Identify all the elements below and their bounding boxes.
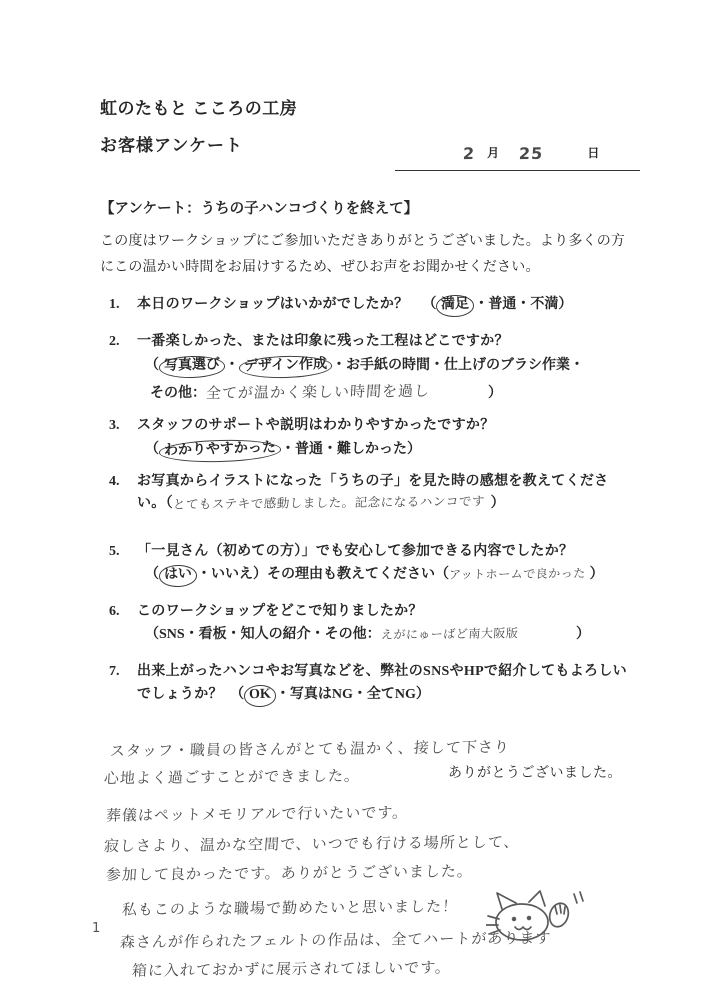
question-4-number: 4. [109, 473, 137, 491]
question-6-handwritten-answer: えがにゅーばど南大阪版 [380, 626, 518, 642]
question-3-circled-answer: わかりやすかった [159, 438, 282, 463]
comment-line-4: 寂しさより、温かな空間で、いつでも行ける場所として、 [103, 833, 520, 856]
question-4-text-line2-prefix: い。（ [137, 496, 173, 511]
question-7-options-row: でしょうか？ （OK・写真はNG・全てNG） [137, 686, 430, 705]
question-7: 7.出来上がったハンコやお写真などを、弊社のSNSやHPで紹介してもよろしい [109, 663, 627, 681]
question-6-options-row: （SNS・看板・知人の紹介・その他：えがにゅーばど南大阪版） [145, 626, 590, 644]
intro-line-2: にこの温かい時間をお届けするため、ぜひお声をお聞かせください。 [100, 259, 540, 277]
date-month-label: 月 [487, 144, 499, 161]
question-2-handwritten-answer: 全てが温かく楽しい時間を過し [205, 382, 430, 403]
date-day-label: 日 [587, 144, 599, 161]
question-7-options: ・写真はNG・全てNG） [276, 687, 430, 702]
question-6-number: 6. [109, 603, 137, 621]
comment-line-3: 葬儀はペットメモリアルで行いたいです。 [105, 803, 408, 825]
question-1-number: 1. [109, 296, 137, 314]
question-5-circled-answer: はい [159, 565, 198, 587]
question-7-number: 7. [109, 663, 137, 681]
question-3-options-row: （わかりやすかった・普通・難しかった） [145, 441, 421, 460]
question-2-number: 2. [109, 333, 137, 351]
question-6-close-paren: ） [576, 627, 590, 642]
comment-line-8: 箱に入れておかずに展示されてほしいです。 [131, 958, 451, 980]
form-title: お客様アンケート [100, 135, 243, 156]
question-5-number: 5. [109, 543, 137, 561]
question-3-text: スタッフのサポートや説明はわかりやすかったですか？ [137, 418, 495, 433]
question-3-open-paren: （ [145, 442, 159, 457]
question-6-options-prefix: （SNS・看板・知人の紹介・その他： [145, 627, 381, 642]
comment-line-1: スタッフ・職員の皆さんがとても温かく、接して下さり [109, 738, 510, 761]
question-7-text-line2-prefix: でしょうか？ [137, 687, 237, 702]
section-title: 【アンケート：うちの子ハンコづくりを終えて】 [100, 200, 418, 218]
cat-doodle-icon [486, 886, 588, 950]
page-number: 1 [92, 921, 100, 937]
question-7-text-line1: 出来上がったハンコやお写真などを、弊社のSNSやHPで紹介してもよろしい [137, 664, 627, 679]
question-1-circled-answer: 満足 [436, 295, 475, 317]
question-1: 1.本日のワークショップはいかがでしたか？（満足・普通・不満） [109, 296, 572, 315]
question-2-circled-answer-1: 写真選び [159, 355, 226, 378]
question-2-options: ・お手紙の時間・仕上げのブラシ作業・ [332, 358, 584, 373]
question-4-close-paren: ） [491, 496, 505, 511]
question-6: 6.このワークショップをどこで知りましたか？ [109, 603, 423, 621]
brand-title: 虹のたもと こころの工房 [100, 98, 297, 119]
question-4: 4.お写真からイラストになった「うちの子」を見た時の感想を教えてくださ [109, 473, 608, 491]
date-day-value: 25 [519, 144, 544, 163]
question-2: 2.一番楽しかった、または印象に残った工程はどこですか？ [109, 333, 509, 351]
question-5-open-paren: （ [145, 567, 159, 582]
question-3: 3.スタッフのサポートや説明はわかりやすかったですか？ [109, 417, 495, 435]
question-4-answer-row: い。（とてもステキで感動しました。記念になるハンコです） [137, 495, 505, 513]
question-5-options-row: （はい・いいえ）その理由も教えてください（アットホームで良かった） [145, 566, 604, 585]
intro-line-1: この度はワークショップにご参加いただきありがとうございました。より多くの方 [100, 233, 625, 251]
date-month-value: 2 [462, 144, 475, 163]
question-5-options: ・いいえ）その理由も教えてください（ [197, 567, 449, 582]
question-2-close-paren: ） [488, 386, 502, 401]
question-3-number: 3. [109, 417, 137, 435]
question-5-text: 「一見さん（初めての方）」でも安心して参加できる内容でしたか？ [137, 544, 573, 559]
date-field: 2 月 25 日 [395, 144, 640, 171]
question-7-circled-answer: OK [244, 685, 276, 707]
question-2-options-row: （写真選び・デザイン作成・お手紙の時間・仕上げのブラシ作業・ [145, 357, 584, 376]
question-5: 5.「一見さん（初めての方）」でも安心して参加できる内容でしたか？ [109, 543, 573, 561]
comment-line-5: 参加して良かったです。ありがとうございました。 [105, 862, 473, 885]
question-1-text: 本日のワークショップはいかがでしたか？ [137, 297, 408, 312]
question-2-circled-answer-2: デザイン作成 [239, 355, 333, 379]
question-2-other-label: その他： [150, 386, 206, 401]
question-2-open-paren: （ [145, 358, 159, 373]
question-2-text: 一番楽しかった、または印象に残った工程はどこですか？ [137, 334, 509, 349]
question-2-separator: ・ [225, 358, 239, 373]
question-6-text: このワークショップをどこで知りましたか？ [137, 604, 423, 619]
question-4-text-line1: お写真からイラストになった「うちの子」を見た時の感想を教えてくださ [137, 474, 608, 489]
comment-line-6: 私もこのような職場で勤めたいと思いました！ [121, 897, 458, 919]
question-1-open-paren: （ [422, 297, 436, 312]
comment-line-2: 心地よく過ごすことができました。 [103, 767, 360, 788]
question-4-handwritten-answer: とてもステキで感動しました。記念になるハンコです [172, 493, 485, 512]
question-5-close-paren: ） [590, 567, 604, 582]
question-1-options: ・普通・不満） [474, 297, 572, 312]
question-5-handwritten-answer: アットホームで良かった [449, 566, 587, 582]
printed-thanks: ありがとうございました。 [448, 765, 622, 783]
question-2-other-row: その他：全てが温かく楽しい時間を過し） [150, 383, 502, 403]
question-3-options: ・普通・難しかった） [281, 442, 421, 457]
survey-sheet: 虹のたもと こころの工房 お客様アンケート 2 月 25 日 【アンケート：うち… [0, 0, 707, 1000]
